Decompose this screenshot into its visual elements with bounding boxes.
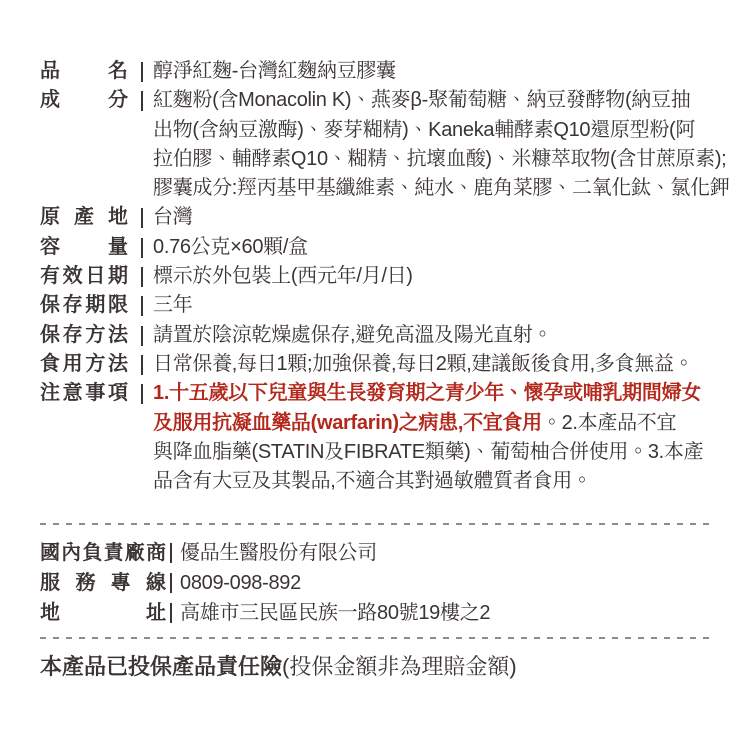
spec-row-shelf-life: 保存期限 三年 — [40, 291, 714, 320]
label-divider-bar — [141, 267, 143, 287]
spec-label-product-name: 品名 — [40, 57, 128, 86]
product-spec-section: 品名 醇淨紅麴-台灣紅麴納豆膠囊 成分 紅麴粉(含Monacolin K)、燕麥… — [40, 57, 714, 496]
spec-label-ingredients: 成分 — [40, 86, 128, 115]
insurance-statement-note: (投保金額非為理賠金額) — [282, 654, 517, 679]
company-row-address: 地址 高雄市三民區民族一路80號19樓之2 — [40, 598, 714, 628]
spec-value-product-name: 醇淨紅麴-台灣紅麴納豆膠囊 — [153, 57, 714, 86]
spec-row-ingredients: 成分 紅麴粉(含Monacolin K)、燕麥β-聚葡萄糖、納豆發酵物(納豆抽 … — [40, 86, 714, 203]
company-label-manufacturer: 國內負責廠商 — [40, 538, 166, 568]
spec-value-ingredients: 紅麴粉(含Monacolin K)、燕麥β-聚葡萄糖、納豆發酵物(納豆抽 出物(… — [153, 86, 730, 203]
spec-value-precautions: 1.十五歲以下兒童與生長發育期之青少年、懷孕或哺乳期間婦女 及服用抗凝血藥品(w… — [153, 379, 714, 496]
spec-value-net-content: 0.76公克×60顆/盒 — [153, 233, 714, 262]
spec-row-directions: 食用方法 日常保養,每日1顆;加強保養,每日2顆,建議飯後食用,多食無益。 — [40, 350, 714, 379]
spec-row-origin: 原產地 台灣 — [40, 203, 714, 232]
label-divider-bar — [141, 384, 143, 404]
product-label-page: 品名 醇淨紅麴-台灣紅麴納豆膠囊 成分 紅麴粉(含Monacolin K)、燕麥… — [0, 0, 750, 750]
dashed-divider-bottom — [40, 637, 712, 639]
company-value-manufacturer: 優品生醫股份有限公司 — [180, 538, 714, 568]
spec-label-origin: 原產地 — [40, 203, 128, 232]
spec-label-expiry-date: 有效日期 — [40, 262, 128, 291]
spec-label-shelf-life: 保存期限 — [40, 291, 128, 320]
insurance-statement-bold: 本產品已投保產品責任險 — [40, 654, 282, 679]
spec-row-expiry-date: 有效日期 標示於外包裝上(西元年/月/日) — [40, 262, 714, 291]
label-divider-bar — [170, 573, 172, 593]
label-divider-bar — [141, 355, 143, 375]
label-divider-bar — [141, 208, 143, 228]
label-divider-bar — [141, 296, 143, 316]
label-divider-bar — [141, 238, 143, 258]
label-divider-bar — [170, 603, 172, 623]
label-divider-bar — [141, 326, 143, 346]
spec-row-storage: 保存方法 請置於陰涼乾燥處保存,避免高溫及陽光直射。 — [40, 321, 714, 350]
spec-value-origin: 台灣 — [153, 203, 714, 232]
spec-value-shelf-life: 三年 — [153, 291, 714, 320]
company-value-service-line: 0809-098-892 — [180, 568, 714, 598]
spec-row-precautions: 注意事項 1.十五歲以下兒童與生長發育期之青少年、懷孕或哺乳期間婦女 及服用抗凝… — [40, 379, 714, 496]
company-label-service-line: 服務專線 — [40, 568, 166, 598]
spec-value-expiry-date: 標示於外包裝上(西元年/月/日) — [153, 262, 714, 291]
spec-label-precautions: 注意事項 — [40, 379, 128, 408]
company-value-address: 高雄市三民區民族一路80號19樓之2 — [180, 598, 714, 628]
company-row-service-line: 服務專線 0809-098-892 — [40, 568, 714, 598]
spec-label-directions: 食用方法 — [40, 350, 128, 379]
dashed-divider-top — [40, 523, 712, 525]
insurance-statement: 本產品已投保產品責任險(投保金額非為理賠金額) — [40, 652, 714, 682]
label-divider-bar — [141, 62, 143, 82]
spec-row-net-content: 容量 0.76公克×60顆/盒 — [40, 233, 714, 262]
company-label-address: 地址 — [40, 598, 166, 628]
label-divider-bar — [170, 543, 172, 563]
label-divider-bar — [141, 91, 143, 111]
spec-label-net-content: 容量 — [40, 233, 128, 262]
spec-value-directions: 日常保養,每日1顆;加強保養,每日2顆,建議飯後食用,多食無益。 — [153, 350, 714, 379]
spec-row-product-name: 品名 醇淨紅麴-台灣紅麴納豆膠囊 — [40, 57, 714, 86]
spec-label-storage: 保存方法 — [40, 321, 128, 350]
spec-value-storage: 請置於陰涼乾燥處保存,避免高溫及陽光直射。 — [153, 321, 714, 350]
company-info-section: 國內負責廠商 優品生醫股份有限公司 服務專線 0809-098-892 地址 高… — [40, 538, 714, 628]
company-row-manufacturer: 國內負責廠商 優品生醫股份有限公司 — [40, 538, 714, 568]
